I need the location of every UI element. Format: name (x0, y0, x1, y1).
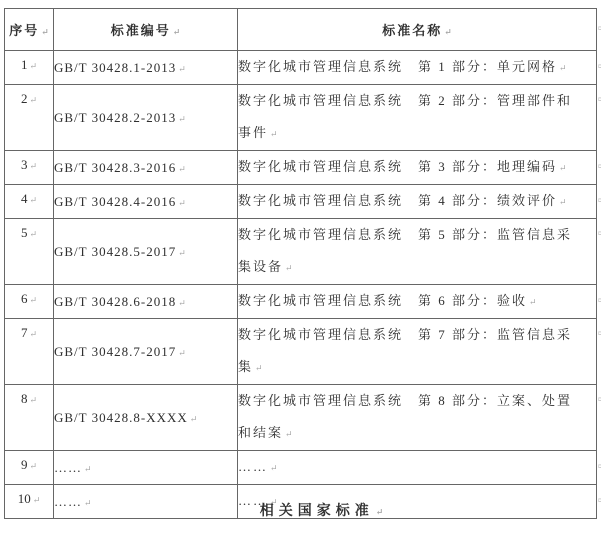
return-mark-icon: ↵ (178, 64, 186, 74)
row-number-cell: 8↵ (5, 385, 54, 451)
standard-code-cell: GB/T 30428.4-2016↵ (54, 185, 238, 219)
return-mark-icon: ↵ (29, 229, 37, 239)
return-mark-icon: ↵ (29, 195, 37, 205)
return-mark-icon: ↵ (29, 161, 37, 171)
return-mark-icon: ↵ (285, 429, 293, 439)
cell-text: 5 (21, 225, 28, 240)
standard-code-cell: GB/T 30428.6-2018↵ (54, 285, 238, 319)
return-mark-icon: ↵ (255, 363, 263, 373)
return-mark-icon: ↵ (173, 27, 181, 37)
return-mark-icon: ↵ (41, 27, 49, 37)
standard-name-cell: 数字化城市管理信息系统 第 2 部分：管理部件和 事件↵ (238, 85, 597, 151)
return-mark-icon: ↵ (29, 329, 37, 339)
cell-text: 1 (21, 57, 28, 72)
return-mark-icon: ↵ (559, 197, 567, 207)
return-mark-icon: ↵ (29, 295, 37, 305)
header-label: 标准名称 (382, 23, 442, 38)
return-mark-icon: ↵ (285, 263, 293, 273)
header-row: 序号↵ 标准编号↵ 标准名称↵ (5, 9, 597, 51)
cell-text: 数字化城市管理信息系统 第 6 部分：验收 (238, 293, 527, 308)
cell-text: …… (54, 460, 82, 475)
header-cell-name: 标准名称↵ (238, 9, 597, 51)
table-row: 1↵GB/T 30428.1-2013↵数字化城市管理信息系统 第 1 部分：单… (5, 51, 597, 85)
table-row: 5↵GB/T 30428.5-2017↵数字化城市管理信息系统 第 5 部分：监… (5, 219, 597, 285)
row-number-cell: 2↵ (5, 85, 54, 151)
standard-name-cell: 数字化城市管理信息系统 第 6 部分：验收↵ (238, 285, 597, 319)
standard-code-cell: GB/T 30428.8-XXXX↵ (54, 385, 238, 451)
row-number-cell: 3↵ (5, 151, 54, 185)
table-body: 1↵GB/T 30428.1-2013↵数字化城市管理信息系统 第 1 部分：单… (5, 51, 597, 519)
standard-code-cell: GB/T 30428.1-2013↵ (54, 51, 238, 85)
standard-code-cell: ……↵ (54, 451, 238, 485)
cell-text: 数字化城市管理信息系统 第 4 部分：绩效评价 (238, 193, 557, 208)
table-row: 2↵GB/T 30428.2-2013↵数字化城市管理信息系统 第 2 部分：管… (5, 85, 597, 151)
standard-name-cell: ……↵ (238, 451, 597, 485)
return-mark-icon: ↵ (29, 395, 37, 405)
return-mark-icon: ↵ (29, 61, 37, 71)
return-mark-icon: ↵ (376, 507, 384, 517)
header-label: 标准编号 (111, 23, 171, 38)
row-number-cell: 4↵ (5, 185, 54, 219)
cell-text: GB/T 30428.6-2018 (54, 294, 176, 309)
table-row: 3↵GB/T 30428.3-2016↵数字化城市管理信息系统 第 3 部分：地… (5, 151, 597, 185)
return-mark-icon: ↵ (529, 297, 537, 307)
cell-text: GB/T 30428.3-2016 (54, 160, 176, 175)
table-row: 6↵GB/T 30428.6-2018↵数字化城市管理信息系统 第 6 部分：验… (5, 285, 597, 319)
cell-text: 数字化城市管理信息系统 第 1 部分：单元网格 (238, 59, 557, 74)
caption-text: 相关国家标准 (260, 504, 374, 519)
table-header: 序号↵ 标准编号↵ 标准名称↵ (5, 9, 597, 51)
document-page: 序号↵ 标准编号↵ 标准名称↵ 1↵GB/T 30428.1-2013↵数字化城… (0, 0, 601, 533)
standard-code-cell: GB/T 30428.7-2017↵ (54, 319, 238, 385)
return-mark-icon: ↵ (178, 114, 186, 124)
cell-text: 数字化城市管理信息系统 第 2 部分：管理部件和 事件 (238, 93, 572, 140)
cell-text: 8 (21, 391, 28, 406)
standard-name-cell: 数字化城市管理信息系统 第 4 部分：绩效评价↵ (238, 185, 597, 219)
cell-text: GB/T 30428.7-2017 (54, 344, 176, 359)
return-mark-icon: ↵ (178, 198, 186, 208)
standards-table: 序号↵ 标准编号↵ 标准名称↵ 1↵GB/T 30428.1-2013↵数字化城… (4, 8, 597, 519)
standard-code-cell: GB/T 30428.5-2017↵ (54, 219, 238, 285)
header-label: 序号 (9, 23, 39, 38)
cell-text: GB/T 30428.1-2013 (54, 60, 176, 75)
return-mark-icon: ↵ (559, 63, 567, 73)
table-row: 4↵GB/T 30428.4-2016↵数字化城市管理信息系统 第 4 部分：绩… (5, 185, 597, 219)
row-number-cell: 1↵ (5, 51, 54, 85)
return-mark-icon: ↵ (444, 27, 452, 37)
cell-text: 数字化城市管理信息系统 第 7 部分：监管信息采 集 (238, 327, 572, 374)
row-number-cell: 5↵ (5, 219, 54, 285)
cell-text: 2 (21, 91, 28, 106)
standard-name-cell: 数字化城市管理信息系统 第 8 部分：立案、处置 和结案↵ (238, 385, 597, 451)
return-mark-icon: ↵ (29, 95, 37, 105)
header-cell-no: 序号↵ (5, 9, 54, 51)
cell-text: 7 (21, 325, 28, 340)
standard-code-cell: GB/T 30428.2-2013↵ (54, 85, 238, 151)
row-number-cell: 6↵ (5, 285, 54, 319)
return-mark-icon: ↵ (29, 461, 37, 471)
cell-text: GB/T 30428.2-2013 (54, 110, 176, 125)
cell-text: GB/T 30428.4-2016 (54, 194, 176, 209)
standard-name-cell: 数字化城市管理信息系统 第 7 部分：监管信息采 集↵ (238, 319, 597, 385)
return-mark-icon: ↵ (178, 348, 186, 358)
cell-text: 数字化城市管理信息系统 第 3 部分：地理编码 (238, 159, 557, 174)
cell-text: …… (238, 459, 268, 474)
cell-text: 4 (21, 191, 28, 206)
return-mark-icon: ↵ (178, 248, 186, 258)
table-row: 9↵……↵……↵ (5, 451, 597, 485)
return-mark-icon: ↵ (84, 464, 92, 474)
return-mark-icon: ↵ (190, 414, 198, 424)
table-row: 8↵GB/T 30428.8-XXXX↵数字化城市管理信息系统 第 8 部分：立… (5, 385, 597, 451)
return-mark-icon: ↵ (270, 463, 278, 473)
standard-name-cell: 数字化城市管理信息系统 第 1 部分：单元网格↵ (238, 51, 597, 85)
standard-name-cell: 数字化城市管理信息系统 第 5 部分：监管信息采 集设备↵ (238, 219, 597, 285)
standard-name-cell: 数字化城市管理信息系统 第 3 部分：地理编码↵ (238, 151, 597, 185)
header-cell-code: 标准编号↵ (54, 9, 238, 51)
cell-text: 3 (21, 157, 28, 172)
cell-text: 9 (21, 457, 28, 472)
return-mark-icon: ↵ (270, 129, 278, 139)
return-mark-icon: ↵ (178, 298, 186, 308)
return-mark-icon: ↵ (559, 163, 567, 173)
standard-code-cell: GB/T 30428.3-2016↵ (54, 151, 238, 185)
row-number-cell: 9↵ (5, 451, 54, 485)
cell-text: GB/T 30428.8-XXXX (54, 410, 188, 425)
row-number-cell: 7↵ (5, 319, 54, 385)
cell-text: 6 (21, 291, 28, 306)
table-row: 7↵GB/T 30428.7-2017↵数字化城市管理信息系统 第 7 部分：监… (5, 319, 597, 385)
return-mark-icon: ↵ (178, 164, 186, 174)
table-caption: 相关国家标准↵ (0, 502, 601, 522)
cell-text: GB/T 30428.5-2017 (54, 244, 176, 259)
